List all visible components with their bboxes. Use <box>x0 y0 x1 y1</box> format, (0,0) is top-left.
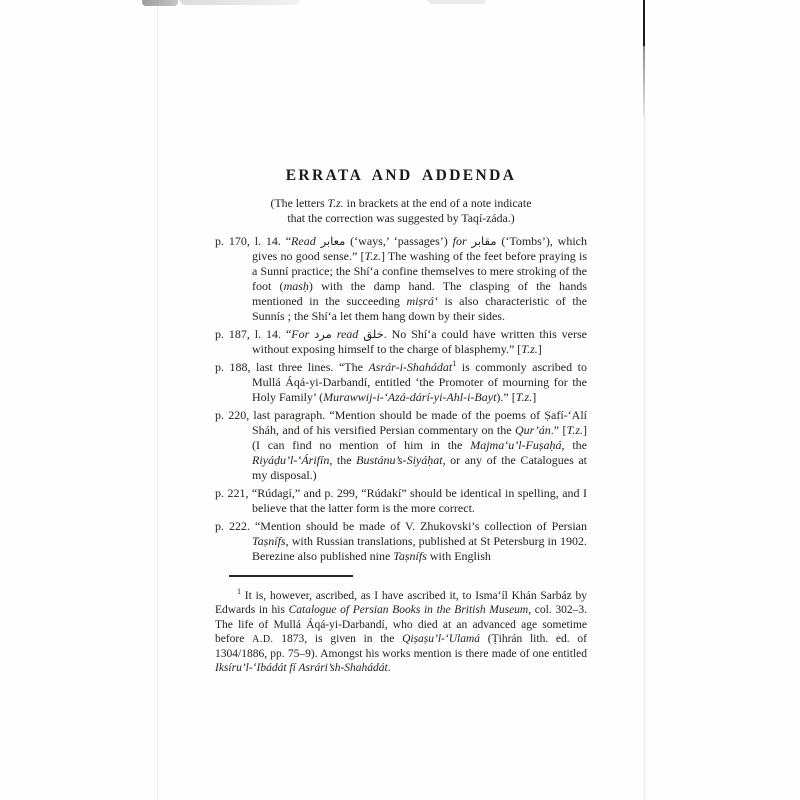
page-edge-left-line <box>157 0 158 800</box>
errata-entry-p170: p. 170, l. 14. “Read معابر (‘ways,’ ‘pas… <box>215 234 587 324</box>
errata-entry-p220: p. 220, last paragraph. “Mention should … <box>215 408 587 483</box>
errata-entry-p222: p. 222. “Mention should be made of V. Zh… <box>215 519 587 564</box>
text-block: ERRATA AND ADDENDA (The letters T.z. in … <box>215 167 587 676</box>
intro-note-line-2: that the correction was suggested by Taq… <box>215 211 587 226</box>
footnote-text: 1 It is, however, ascribed, as I have as… <box>215 589 587 676</box>
footnote-separator-rule <box>229 575 353 577</box>
intro-note: (The letters T.z. in brackets at the end… <box>215 196 587 225</box>
scan-artifact-right-dark-line <box>643 0 645 46</box>
errata-entry-p187: p. 187, l. 14. “For مرد read خلق. No Shí… <box>215 327 587 357</box>
scan-artifact-smudge-dark <box>142 0 178 6</box>
scanned-book-page: ERRATA AND ADDENDA (The letters T.z. in … <box>0 0 800 800</box>
scan-artifact-smudge-faint <box>428 0 486 4</box>
intro-note-line-1: (The letters T.z. in brackets at the end… <box>215 196 587 211</box>
errata-entry-p188: p. 188, last three lines. “The Asrár-i-S… <box>215 360 587 405</box>
scan-artifact-smudge-light <box>180 0 300 5</box>
page-edge-right-line <box>644 0 645 800</box>
scan-artifact-right-fade <box>643 46 645 116</box>
page-title: ERRATA AND ADDENDA <box>215 167 587 185</box>
errata-entry-p221: p. 221, “Rúdagí,” and p. 299, “Rúdakí” s… <box>215 486 587 516</box>
